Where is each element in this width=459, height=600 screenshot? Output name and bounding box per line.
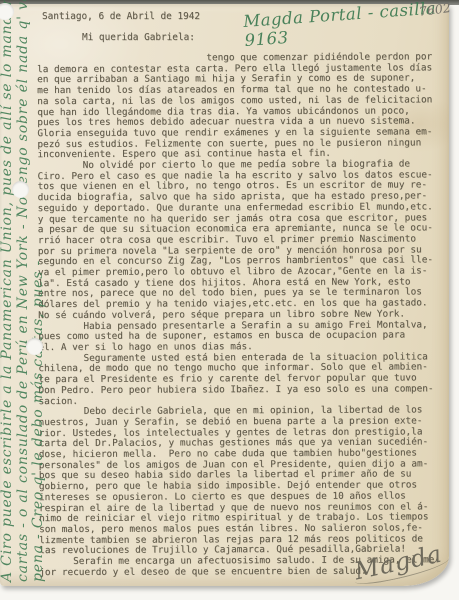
letter-body: tengo que comenzar pidiéndole perdon por… bbox=[37, 52, 440, 578]
margin-annotation-line: cartas - o al consulado de Perú en New Y… bbox=[16, 4, 32, 586]
margin-annotation-line: A Ciro puede escribirle a la Panamerican… bbox=[0, 4, 16, 586]
scanned-letter: Santiago, 6 de Abril de 1942 Mi querida … bbox=[0, 0, 459, 600]
letter-paper: Santiago, 6 de Abril de 1942 Mi querida … bbox=[0, 4, 449, 586]
margin-annotation: A Ciro puede escribirle a la Panamerican… bbox=[0, 4, 50, 586]
margin-annotation-line: pena - Creo q' le debo más cartas, pues … bbox=[31, 4, 47, 586]
punch-hole bbox=[26, 338, 43, 355]
letter-salutation: Mi querida Gabriela: bbox=[82, 33, 195, 44]
letter-date: Santiago, 6 de Abril de 1942 bbox=[42, 12, 200, 23]
punch-hole bbox=[12, 181, 29, 198]
